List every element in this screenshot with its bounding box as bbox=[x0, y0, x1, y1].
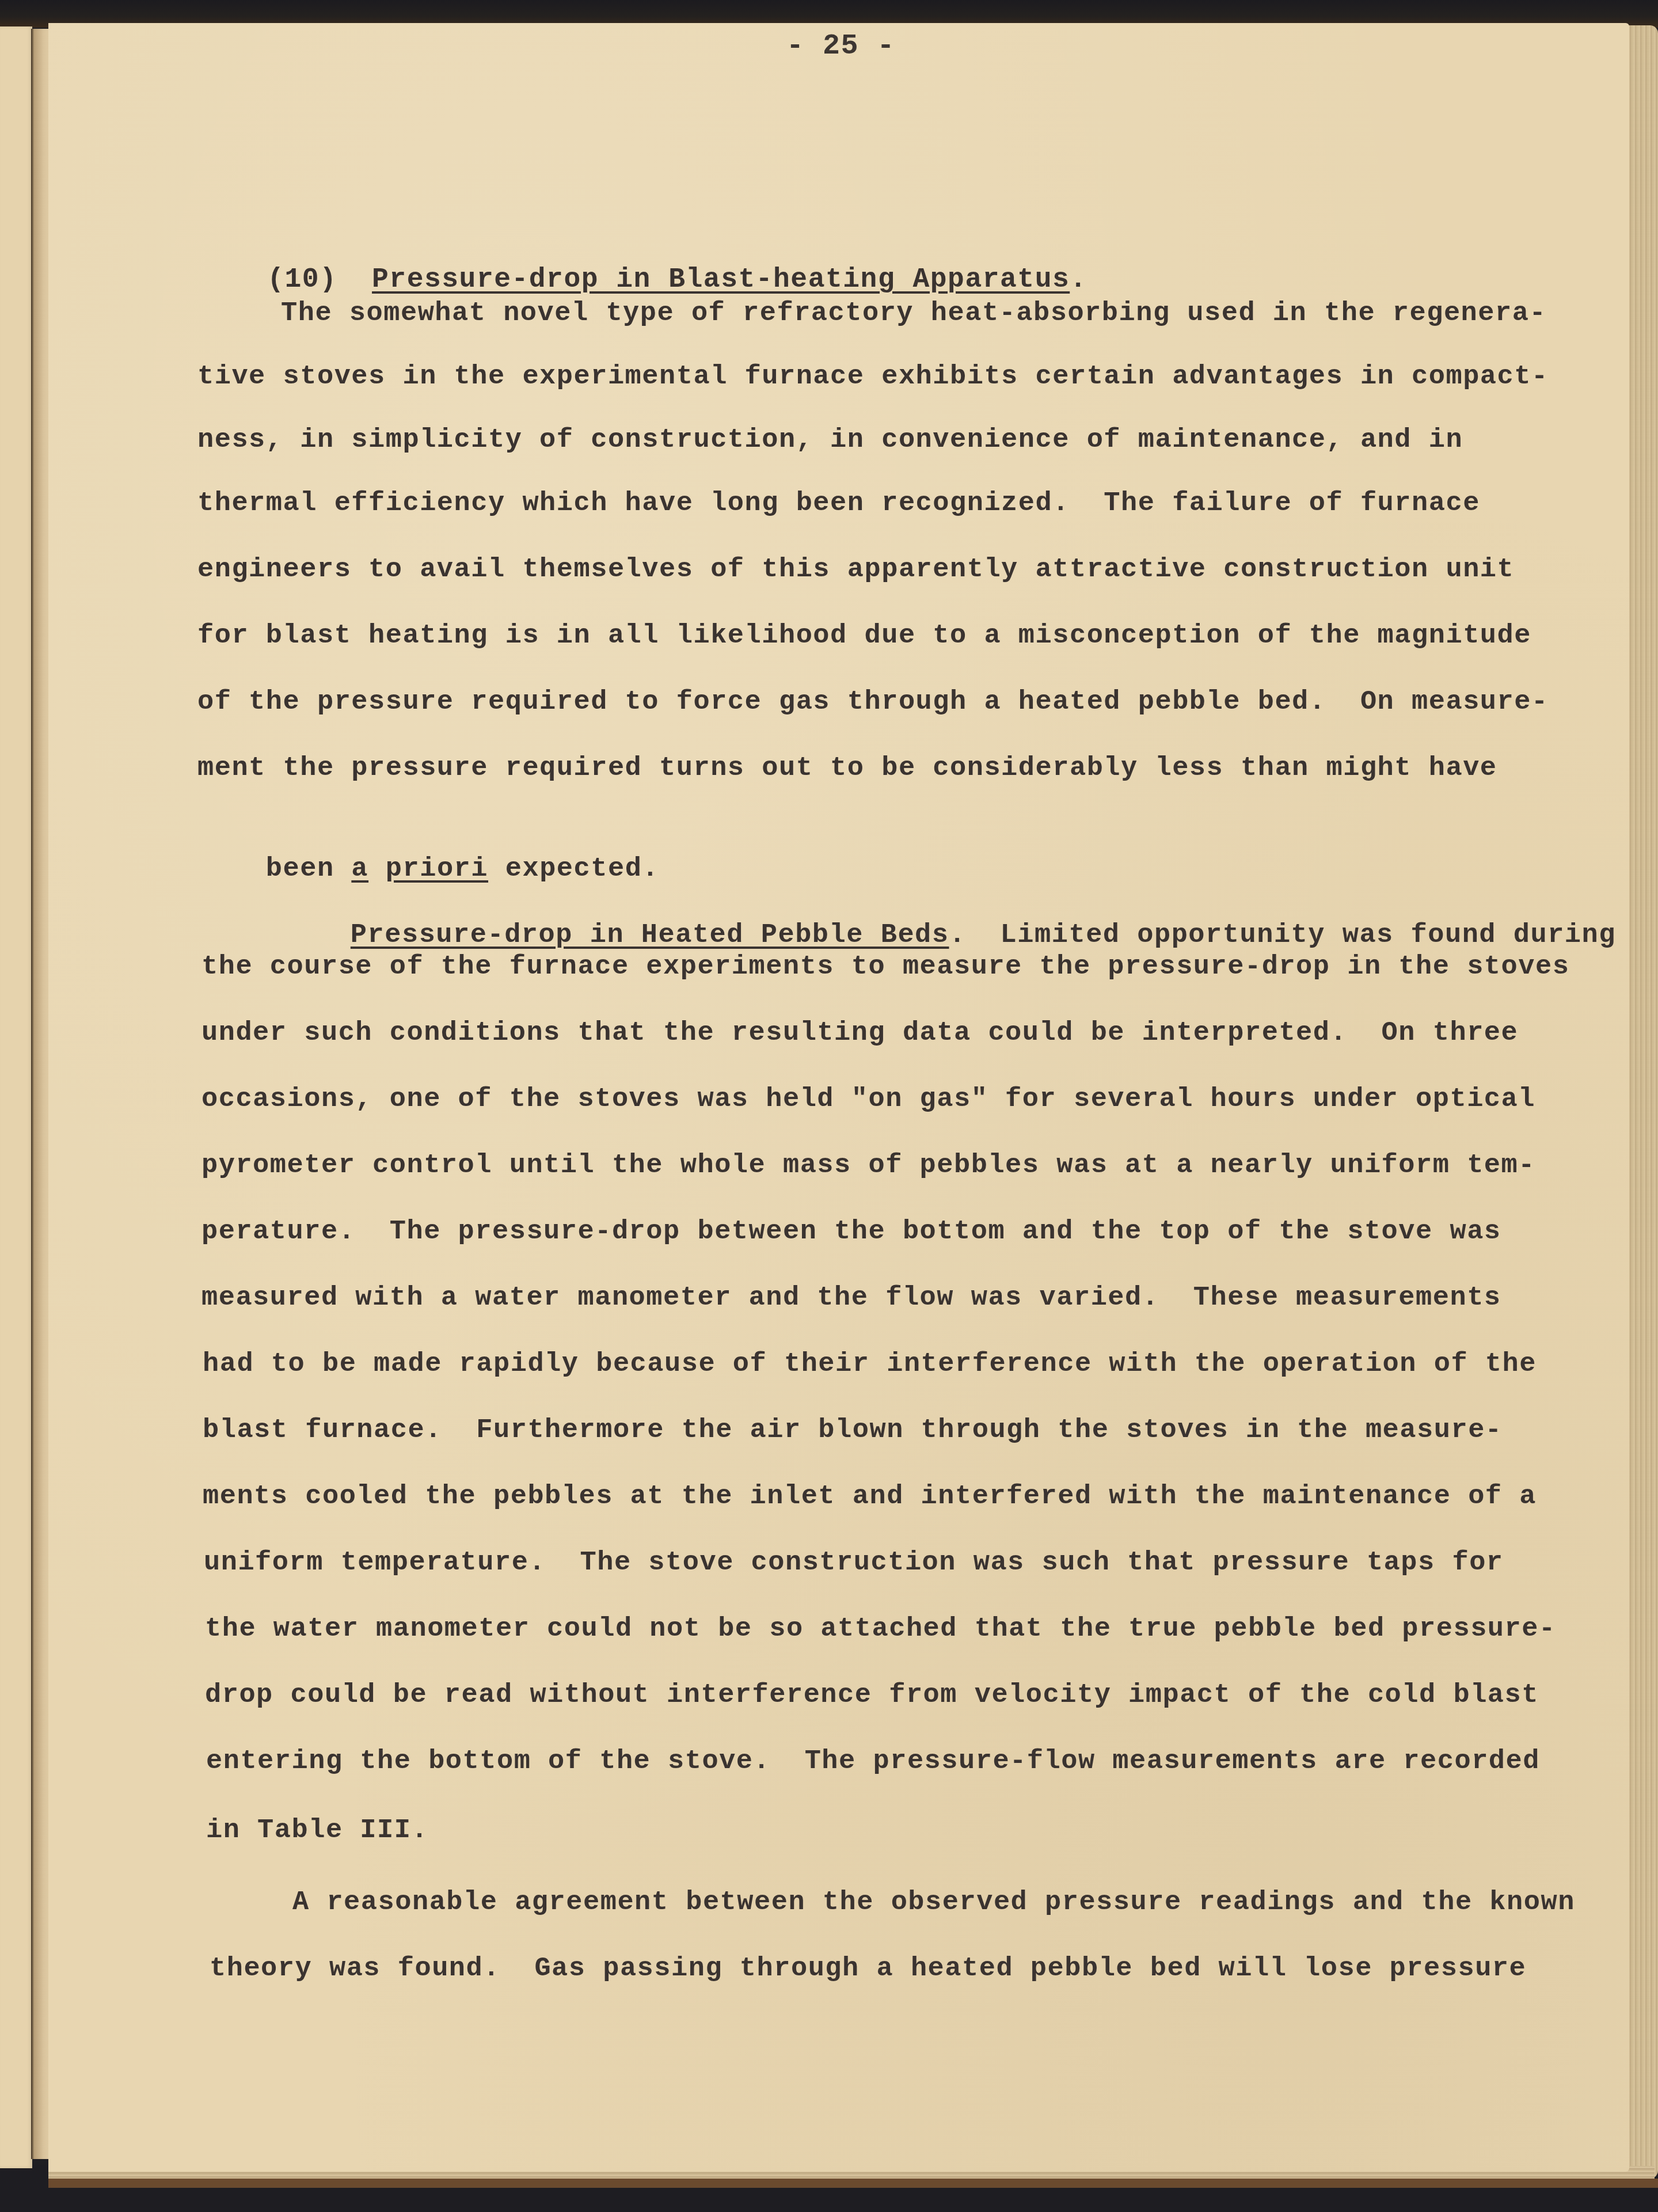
paragraph2-line-8: had to be made rapidly because of their … bbox=[203, 1347, 1537, 1382]
section-number: (10) bbox=[267, 264, 337, 295]
paragraph3-line-1: A reasonable agreement between the obser… bbox=[292, 1886, 1575, 1920]
paragraph2-line-4: occasions, one of the stoves was held "o… bbox=[201, 1082, 1535, 1117]
text-run: . Limited opportunity was found during bbox=[949, 920, 1616, 951]
text-run bbox=[368, 854, 386, 884]
paragraph2-line-10: ments cooled the pebbles at the inlet an… bbox=[203, 1480, 1537, 1514]
paragraph2-line-14: entering the bottom of the stove. The pr… bbox=[206, 1744, 1540, 1779]
paragraph1-line-7: of the pressure required to force gas th… bbox=[197, 685, 1549, 720]
subheading-pebble-beds: Pressure-drop in Heated Pebble Beds bbox=[351, 920, 949, 951]
paragraph2-line-7: measured with a water manometer and the … bbox=[201, 1281, 1501, 1316]
paragraph2-line-13: drop could be read without interference … bbox=[205, 1678, 1539, 1713]
paragraph2-line-15: in Table III. bbox=[206, 1814, 428, 1848]
paragraph1-line-1: The somewhat novel type of refractory he… bbox=[281, 297, 1546, 331]
text-run: been bbox=[266, 854, 352, 884]
paragraph2-line-3: under such conditions that the resulting… bbox=[201, 1016, 1518, 1051]
text-run: expected. bbox=[488, 854, 659, 884]
paragraph2-line-9: blast furnace. Furthermore the air blown… bbox=[203, 1413, 1503, 1448]
paragraph1-line-8: ment the pressure required turns out to … bbox=[197, 751, 1497, 786]
paragraph1-line-6: for blast heating is in all likelihood d… bbox=[197, 619, 1531, 653]
paragraph2-line-2: the course of the furnace experiments to… bbox=[201, 950, 1569, 985]
paragraph2-line-6: perature. The pressure-drop between the … bbox=[201, 1215, 1501, 1249]
section-heading: Pressure-drop in Blast-heating Apparatus bbox=[372, 264, 1070, 295]
paragraph1-line-2: tive stoves in the experimental furnace … bbox=[197, 360, 1549, 394]
section-heading-period: . bbox=[1070, 264, 1087, 295]
paragraph1-line-4: thermal efficiency which have long been … bbox=[197, 487, 1480, 521]
underlined-priori: priori bbox=[386, 854, 488, 884]
paragraph1-line-5: engineers to avail themselves of this ap… bbox=[197, 553, 1514, 587]
paragraph2-line-5: pyrometer control until the whole mass o… bbox=[201, 1149, 1535, 1183]
paragraph3-line-2: theory was found. Gas passing through a … bbox=[210, 1952, 1526, 1986]
paragraph1-line-3: ness, in simplicity of construction, in … bbox=[197, 423, 1463, 458]
paragraph2-line-12: the water manometer could not be so atta… bbox=[205, 1612, 1556, 1647]
document-text: - 25 - (10) Pressure-drop in Blast-heati… bbox=[0, 0, 1658, 2212]
paragraph2-line-11: uniform temperature. The stove construct… bbox=[204, 1546, 1504, 1580]
page-number: - 25 - bbox=[786, 30, 895, 63]
underlined-a: a bbox=[351, 854, 368, 884]
